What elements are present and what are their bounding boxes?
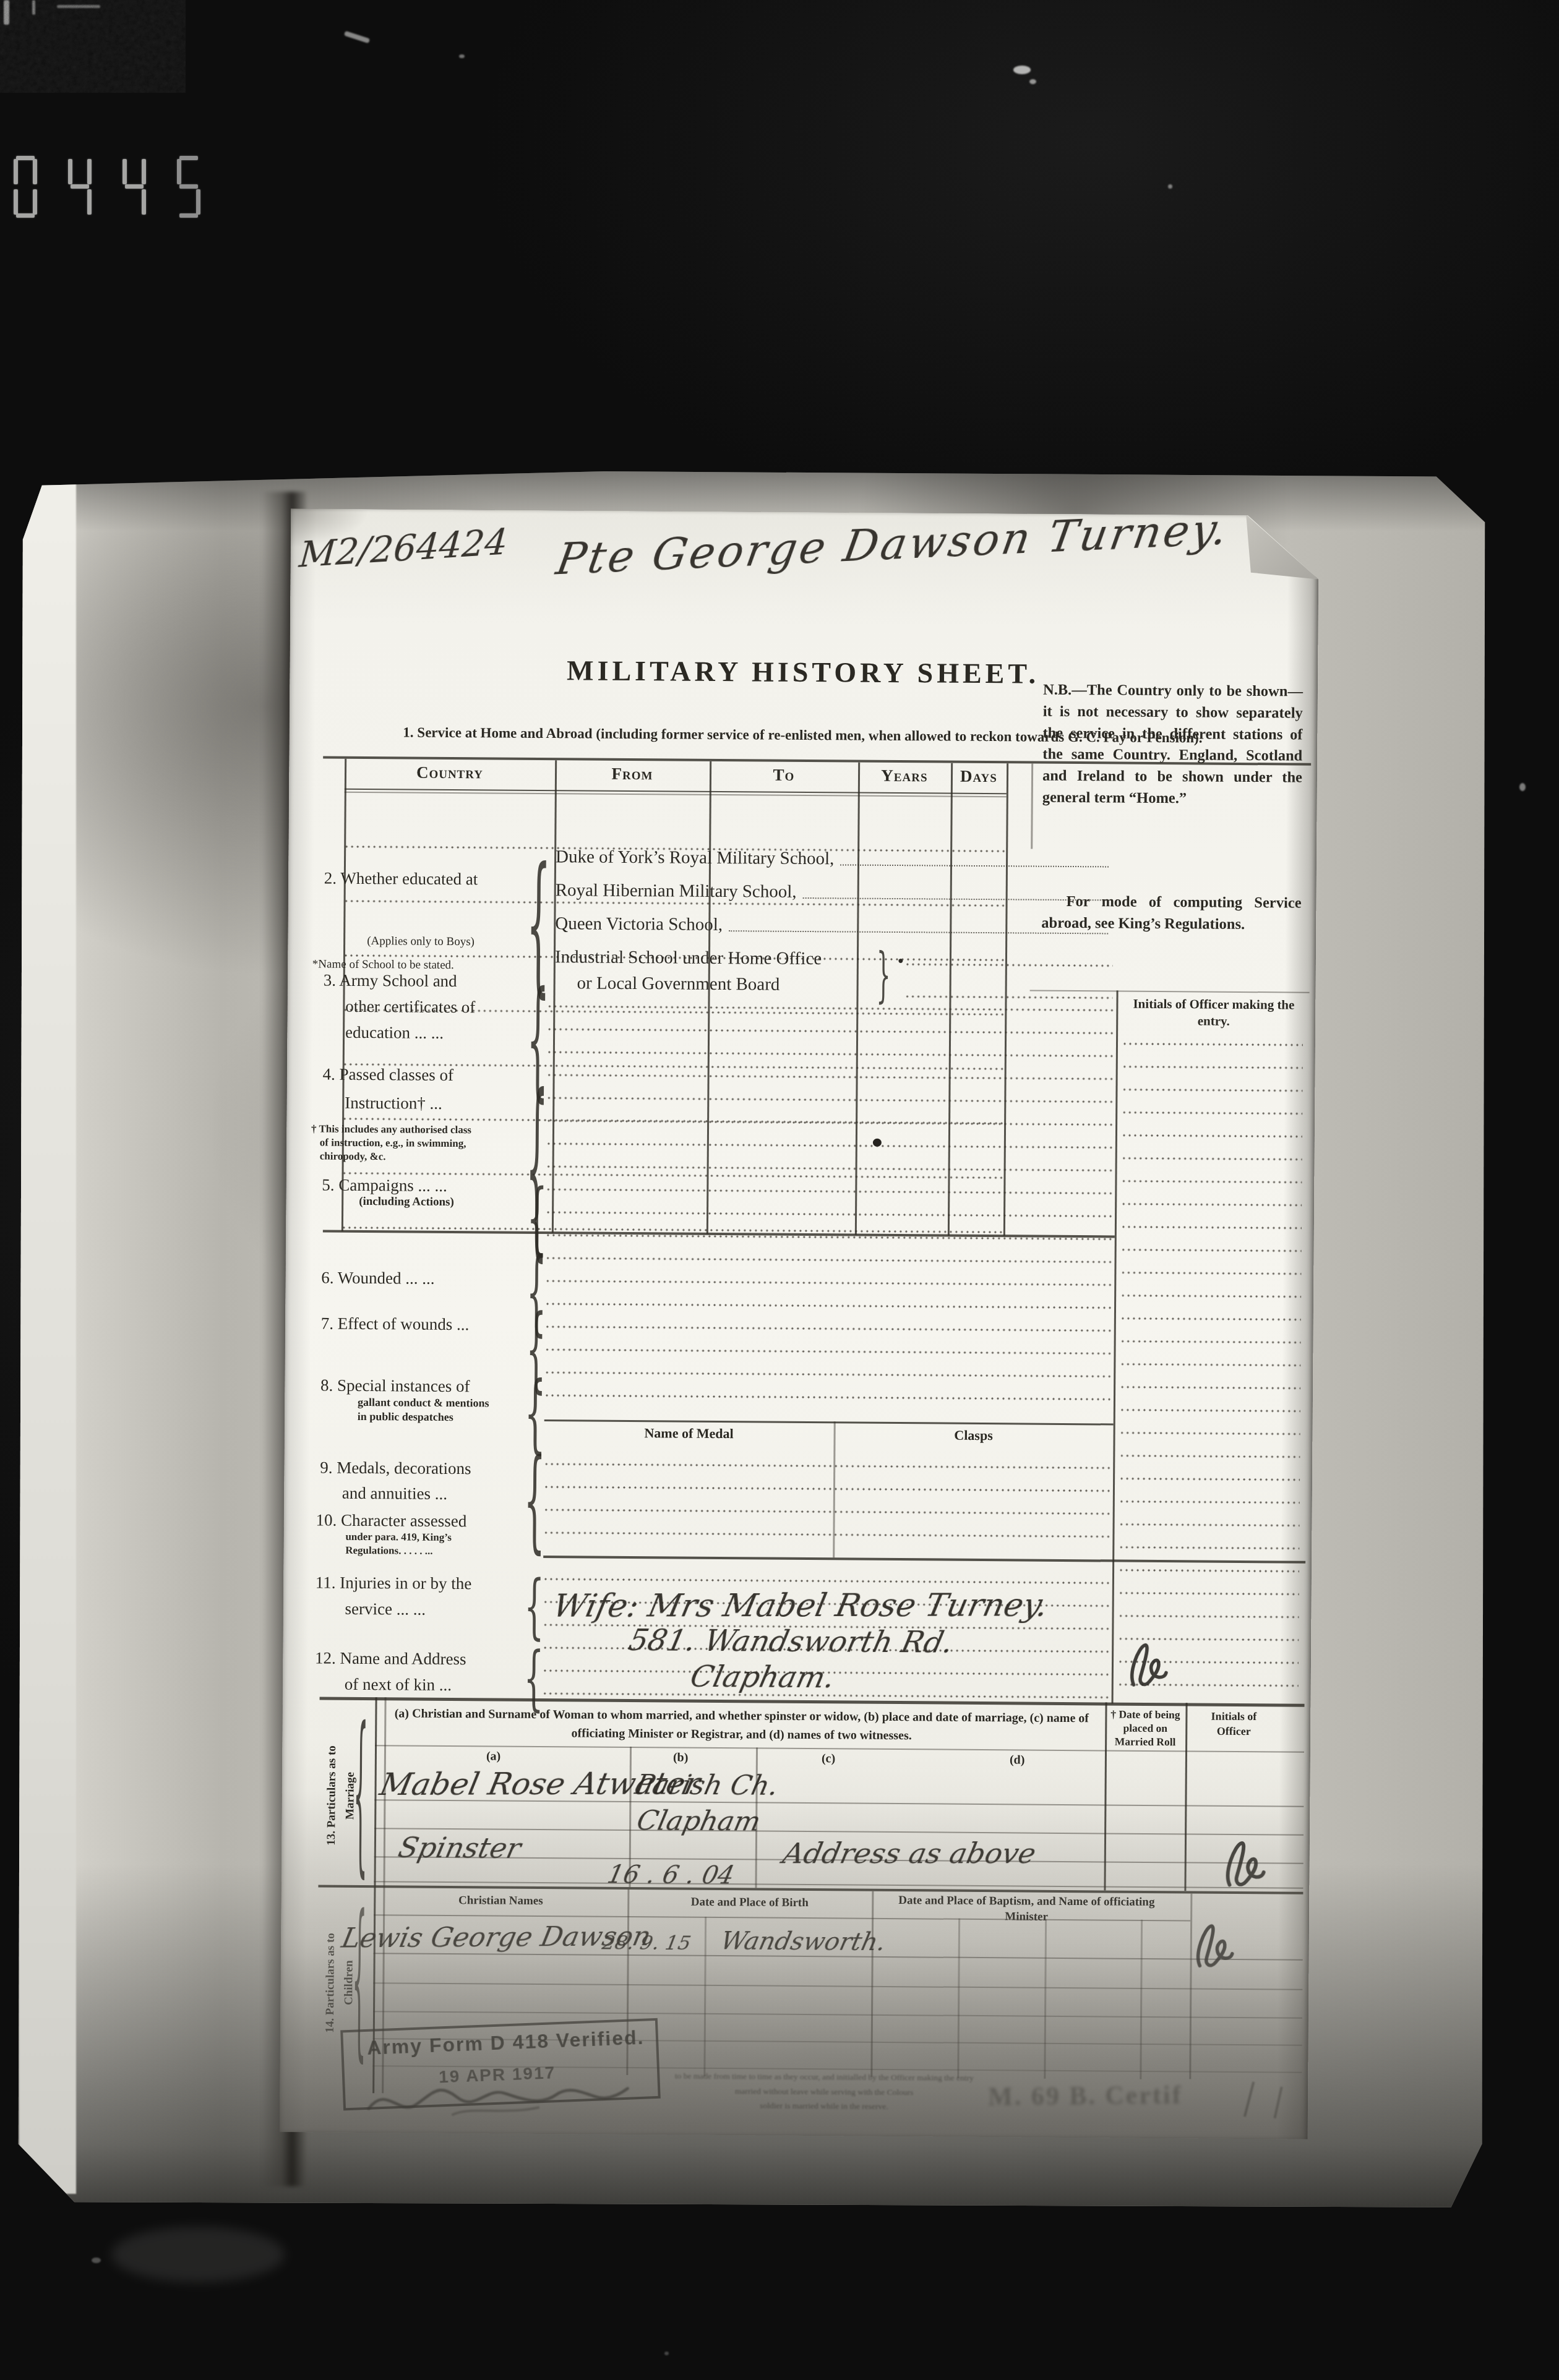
children-initials-signature — [1185, 1917, 1244, 1980]
film-speck — [57, 5, 100, 8]
section9-label: 9. Medals, decorations and annuities ... — [320, 1455, 471, 1507]
digit-4b — [122, 156, 146, 218]
next-of-kin-line1: Wife: Mrs Mabel Rose Turney. — [550, 1586, 1052, 1624]
col-country: Country — [345, 763, 555, 783]
children-col1: Christian Names — [374, 1893, 627, 1909]
film-speck — [1013, 66, 1031, 74]
school-option-5: or Local Government Board — [577, 973, 899, 996]
film-speck — [664, 2352, 669, 2355]
section12-brace: { — [523, 1643, 544, 1714]
school-close-brace: } — [876, 946, 891, 1005]
initials-col-header: Initials of Officer making the entry. — [1122, 996, 1305, 1031]
school-option-4: Industrial School under Home Office — [555, 947, 877, 970]
page-left-edge — [19, 468, 76, 2194]
col-from: From — [555, 764, 710, 784]
section7-label: 7. Effect of wounds ... — [321, 1314, 470, 1335]
school-option-2: Royal Hibernian Military School, — [556, 880, 1112, 904]
section4-footnote: † This includes any authorised class of … — [311, 1122, 471, 1164]
ink-dot: ● — [898, 956, 904, 967]
film-speck — [1029, 79, 1036, 84]
section2-label: 2. Whether educated at — [324, 869, 478, 889]
marriage-side-label: 13. Particulars as to Marriage — [325, 1703, 326, 1882]
film-speck — [1519, 783, 1526, 791]
section9-brace: { — [523, 1445, 546, 1557]
section11-brace: { — [524, 1572, 544, 1642]
section5-label: 5. Campaigns ... ... (including Actions) — [322, 1176, 454, 1209]
film-speck — [1168, 184, 1172, 189]
film-speck — [459, 54, 465, 58]
microfilm-scan: M2/264424 Pte George Dawson Turney. MILI… — [0, 0, 1559, 2380]
medal-col2: Clasps — [833, 1426, 1113, 1444]
film-speck — [32, 0, 35, 15]
marriage-header: (a) Christian and Surname of Woman to wh… — [387, 1704, 1096, 1746]
school-option-1: Duke of York’s Royal Military School, — [556, 847, 1112, 871]
col-years: Years — [858, 766, 951, 786]
entry-lines — [546, 999, 1115, 1418]
child-birth: 28. 9. 15 — [600, 1931, 692, 1955]
letter-d: (d) — [1010, 1753, 1025, 1767]
letter-b: (b) — [673, 1751, 689, 1765]
marriage-place2: Clapham — [634, 1805, 764, 1837]
letter-a: (a) — [486, 1749, 500, 1763]
marriage-place1: Parish Ch. — [632, 1769, 781, 1802]
marriage-date-col-header: † Date of being placed on Married Roll — [1107, 1708, 1183, 1749]
section10-label: 10. Character assessed under para. 419, … — [316, 1511, 466, 1559]
school-option-3: Queen Victoria School, — [555, 914, 1112, 938]
marriage-initials-col-header: Initials of Officer — [1196, 1708, 1271, 1739]
officer-initials-signature — [1119, 1635, 1179, 1701]
faded-stamp: M. 69 B. Certif — [988, 2081, 1183, 2112]
section12-label: 12. Name and Address of next of kin ... — [315, 1646, 466, 1698]
military-history-sheet: M2/264424 Pte George Dawson Turney. MILI… — [280, 508, 1319, 2139]
section11-label: 11. Injuries in or by the service ... ..… — [315, 1570, 471, 1623]
service-number-handwritten: M2/264424 — [298, 520, 509, 576]
film-speck — [4, 0, 9, 25]
digit-5 — [177, 156, 200, 218]
section2-note1: (Applies only to Boys) — [319, 935, 523, 949]
pen-mark — [1274, 2087, 1283, 2119]
digit-0 — [14, 156, 37, 218]
marriage-address: Address as above — [780, 1836, 1039, 1870]
section4-label: 4. Passed classes of Instruction† ... — [322, 1061, 453, 1118]
child-place: Wandsworth. — [718, 1927, 888, 1956]
film-smudge — [111, 2227, 285, 2282]
next-of-kin-line2: 581. Wandsworth Rd. — [625, 1623, 956, 1660]
frame-counter — [14, 156, 150, 218]
children-side-label: 14. Particulars as to Children — [323, 1891, 324, 2071]
marriage-side-brace: { — [353, 1706, 369, 1881]
soldier-name-handwritten: Pte George Dawson Turney. — [552, 503, 1233, 585]
initials-col-lines — [1119, 1038, 1303, 1701]
ink-blob — [873, 1139, 882, 1147]
medal-col1: Name of Medal — [544, 1424, 834, 1442]
stamp-line1: Army Form D 418 Verified. — [367, 2026, 645, 2060]
section3-label: 3. Army School and other certificates of… — [323, 968, 476, 1047]
section6-label: 6. Wounded ... ... — [321, 1269, 435, 1288]
marriage-date: 16 . 6 . 04 — [605, 1860, 737, 1890]
digit-4 — [68, 156, 92, 218]
next-of-kin-line3: Clapham. — [687, 1659, 838, 1695]
letter-c: (c) — [822, 1752, 835, 1766]
film-speck — [92, 2258, 101, 2263]
section8-label: 8. Special instances of gallant conduct … — [320, 1376, 489, 1424]
col-days: Days — [951, 767, 1007, 787]
nb-note: N.B.—The Country only to be shown—it is … — [1042, 680, 1303, 811]
children-col2: Date and Place of Birth — [627, 1895, 872, 1911]
marriage-status: Spinster — [395, 1831, 524, 1865]
pen-mark — [1243, 2081, 1255, 2117]
film-speck — [344, 31, 370, 44]
col-to: To — [710, 765, 858, 785]
